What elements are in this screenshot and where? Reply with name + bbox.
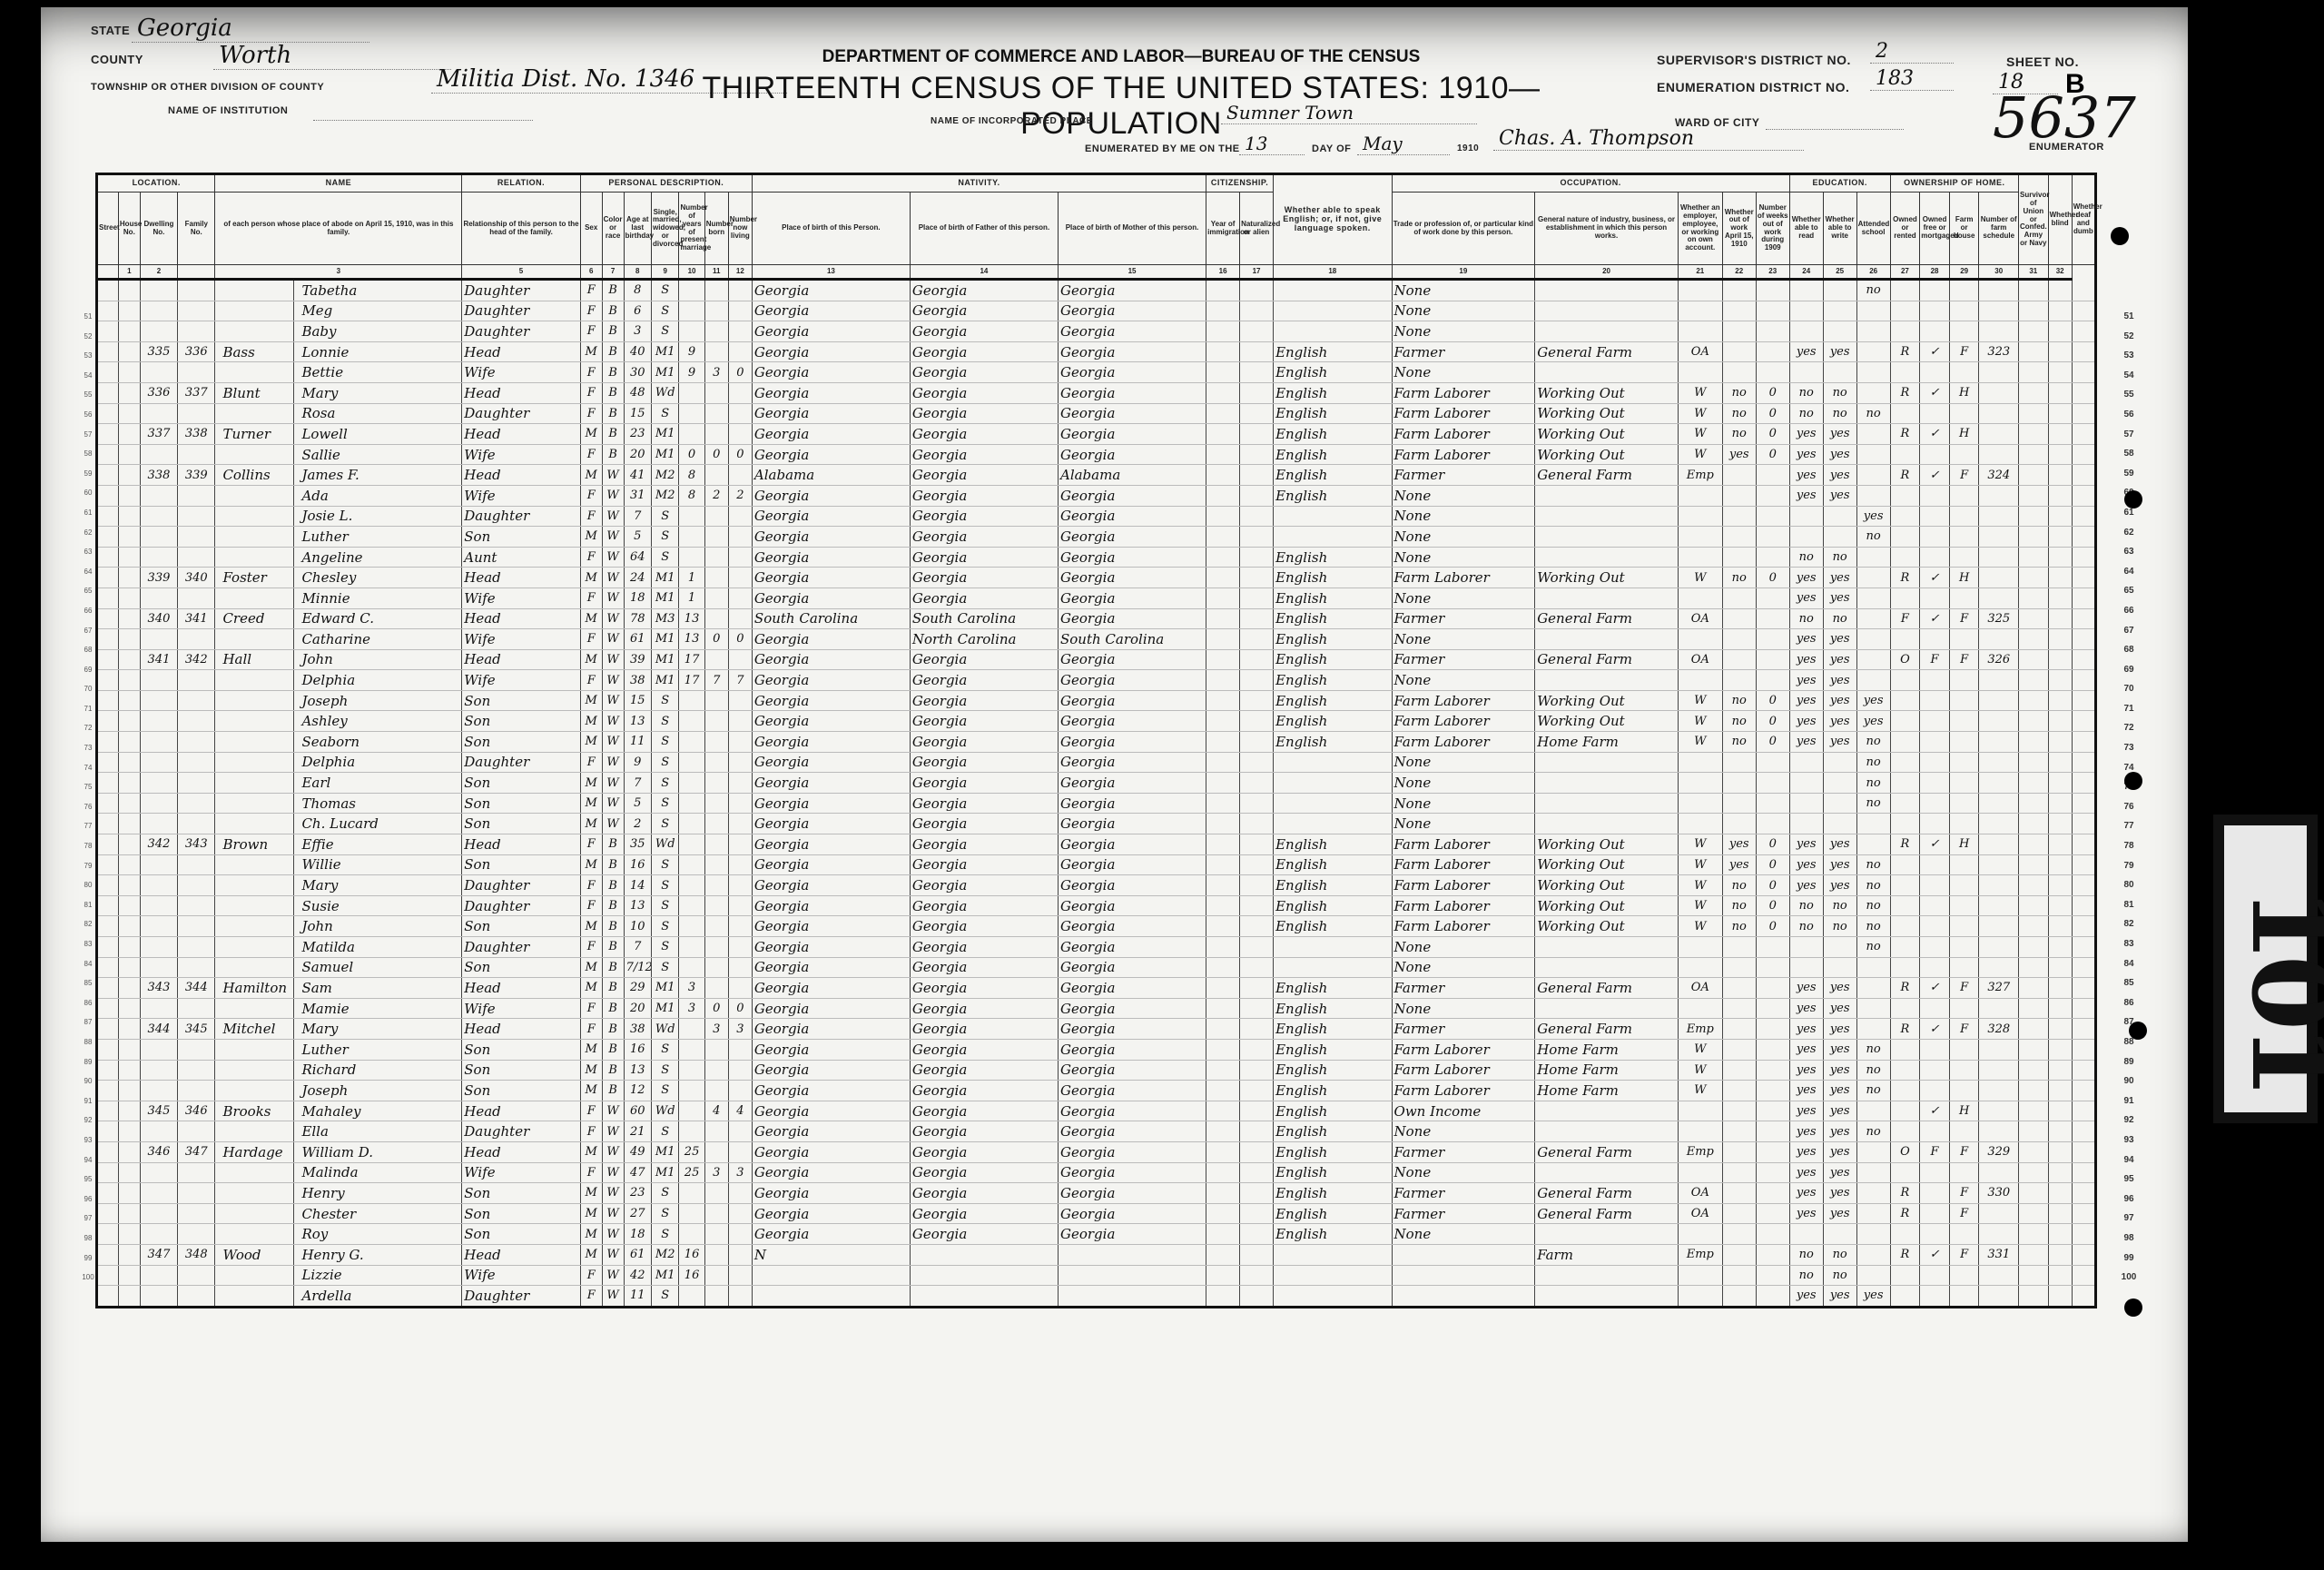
cell-school [1856,341,1890,362]
cell-age: 61 [624,629,651,650]
line-number: 71 [2115,699,2142,719]
cell-cls: W [1678,875,1722,896]
cell-pob_m: Georgia [1058,608,1206,629]
cell-read [1789,506,1823,527]
cell-natur [1240,978,1274,999]
cell-school [1856,834,1890,855]
cell-wks [1756,485,1789,506]
cell-oow: yes [1722,854,1756,875]
cell-relation: Head [462,834,580,855]
cell-pob: Georgia [752,752,910,773]
cell-industry: General Farm [1535,1203,1679,1224]
cell-own [1890,793,1920,814]
line-number: 89 [2115,1052,2142,1072]
line-number: 59 [2115,464,2142,484]
cell-read: no [1789,547,1823,568]
cell-dwelling [140,875,177,896]
cell-vet [2018,1060,2048,1081]
line-number: 65 [2115,581,2142,601]
cell-oow [1722,588,1756,608]
cell-age: 64 [624,547,651,568]
cell-living: 3 [728,1019,752,1040]
cell-living [728,1286,752,1308]
cell-race: B [602,280,624,301]
cell-trade: None [1392,588,1535,608]
cell-age: 16 [624,1039,651,1060]
cell-immig [1206,773,1240,794]
cell-wks: 0 [1756,444,1789,465]
table-row: 337338TurnerLowellHeadMB23M1GeorgiaGeorg… [97,424,2096,445]
cell-farm [1949,527,1979,548]
cell-free: ✓ [1920,1019,1950,1040]
cell-race: W [602,711,624,732]
cell-marital: M2 [652,1244,679,1265]
cell-cls [1678,1286,1722,1308]
cell-lang: English [1274,998,1392,1019]
cell-age: 7 [624,937,651,958]
cell-oow [1722,814,1756,834]
cell-sched [1979,588,2019,608]
cell-free [1920,793,1950,814]
state-label: STATE [91,24,130,37]
cell-write: yes [1823,649,1856,670]
cell-oow [1722,670,1756,691]
cell-family [178,588,215,608]
cell-immig [1206,1224,1240,1245]
table-row: BettieWifeFB30M1930GeorgiaGeorgiaGeorgia… [97,362,2096,383]
cell-pob: Georgia [752,506,910,527]
cell-cls: W [1678,854,1722,875]
line-number: 72 [2115,718,2142,738]
line-number: 94 [2115,1150,2142,1170]
cell-own [1890,301,1920,321]
cell-race: B [602,937,624,958]
cell-pob_m: Georgia [1058,1101,1206,1121]
cell-lang: English [1274,1039,1392,1060]
cell-own [1890,895,1920,916]
cell-race: B [602,895,624,916]
cell-write [1823,321,1856,342]
cell-street [97,752,119,773]
cell-natur [1240,1183,1274,1204]
line-number: 80 [80,875,96,895]
cell-lang: English [1274,588,1392,608]
cell-sex: M [580,1203,602,1224]
cell-vet [2018,895,2048,916]
cell-own: R [1890,978,1920,999]
cell-oow: no [1722,403,1756,424]
cell-street [97,280,119,301]
cell-age: 6 [624,301,651,321]
cell-race: B [602,403,624,424]
cell-relation: Son [462,1203,580,1224]
table-row: Josie L.DaughterFW7SGeorgiaGeorgiaGeorgi… [97,506,2096,527]
cell-deaf [2072,321,2095,342]
line-number: 98 [80,1229,96,1249]
cell-age: 7/12 [624,957,651,978]
cell-pob: Georgia [752,444,910,465]
cell-own [1890,854,1920,875]
col-pob-father: Place of birth of Father of this person. [910,193,1058,265]
cell-house [118,690,140,711]
cell-sex: F [580,937,602,958]
cell-lang: English [1274,1183,1392,1204]
cell-born: 2 [704,485,728,506]
cell-born: 3 [704,1162,728,1183]
cell-own [1890,690,1920,711]
cell-blind [2048,834,2072,855]
col-free: Owned free or mortgaged [1920,193,1950,265]
cell-free [1920,547,1950,568]
cell-yrs [679,506,704,527]
cell-family: 348 [178,1244,215,1265]
cell-deaf [2072,895,2095,916]
cell-marital: S [652,321,679,342]
cell-sex: M [580,690,602,711]
col-veteran: Survivor of Union or Confed. Army or Nav… [2018,174,2048,265]
cell-pob_f: Georgia [910,690,1058,711]
cell-school [1856,1141,1890,1162]
cell-industry [1535,588,1679,608]
cell-read: yes [1789,588,1823,608]
cell-blind [2048,711,2072,732]
cell-cls [1678,793,1722,814]
table-row: JohnSonMB10SGeorgiaGeorgiaGeorgiaEnglish… [97,916,2096,937]
cell-given: Meg [294,301,462,321]
cell-dwelling: 336 [140,382,177,403]
cell-read: yes [1789,875,1823,896]
table-row: EarlSonMW7SGeorgiaGeorgiaGeorgiaNoneno [97,773,2096,794]
line-number: 58 [80,444,96,464]
cell-industry: General Farm [1535,341,1679,362]
cell-free [1920,875,1950,896]
cell-own: O [1890,1141,1920,1162]
cell-marital: M3 [652,608,679,629]
cell-dwelling [140,1286,177,1308]
cell-given: Luther [294,1039,462,1060]
cell-house [118,1081,140,1101]
cell-wks [1756,301,1789,321]
cell-family: 340 [178,568,215,588]
cell-pob: Georgia [752,834,910,855]
cell-pob_f: South Carolina [910,608,1058,629]
cell-relation: Head [462,1019,580,1040]
cell-write: yes [1823,424,1856,445]
line-number: 70 [80,679,96,699]
cell-surname: Collins [215,465,294,486]
cell-family [178,732,215,753]
cell-immig [1206,1019,1240,1040]
cell-own [1890,403,1920,424]
cell-family: 336 [178,341,215,362]
cell-immig [1206,485,1240,506]
cell-industry: General Farm [1535,1141,1679,1162]
cell-yrs [679,834,704,855]
cell-school [1856,978,1890,999]
table-row: 335336BassLonnieHeadMB40M19GeorgiaGeorgi… [97,341,2096,362]
cell-oow [1722,1141,1756,1162]
cell-house [118,1162,140,1183]
cell-street [97,1019,119,1040]
cell-dwelling [140,670,177,691]
cell-wks [1756,465,1789,486]
cell-wks [1756,957,1789,978]
cell-own [1890,752,1920,773]
cell-pob_f: Georgia [910,978,1058,999]
cell-sched [1979,280,2019,301]
cell-street [97,1101,119,1121]
cell-surname: Creed [215,608,294,629]
cell-blind [2048,465,2072,486]
cell-school [1856,1224,1890,1245]
cell-write [1823,814,1856,834]
cell-street [97,834,119,855]
cell-free: ✓ [1920,424,1950,445]
cell-deaf [2072,1060,2095,1081]
cell-write: yes [1823,1121,1856,1142]
line-number: 80 [2115,875,2142,895]
cell-free [1920,1224,1950,1245]
cell-oow [1722,1081,1756,1101]
cell-blind [2048,1121,2072,1142]
cell-read: yes [1789,465,1823,486]
cell-own [1890,1081,1920,1101]
cell-free: ✓ [1920,465,1950,486]
cell-street [97,1224,119,1245]
cell-oow [1722,341,1756,362]
cell-free [1920,362,1950,383]
cell-trade: Farm Laborer [1392,444,1535,465]
cell-relation: Daughter [462,301,580,321]
cell-wks: 0 [1756,711,1789,732]
cell-wks [1756,1203,1789,1224]
cell-sex: M [580,773,602,794]
col-relation: Relationship of this person to the head … [462,193,580,265]
cell-given: Chester [294,1203,462,1224]
cell-oow: no [1722,382,1756,403]
cell-living [728,341,752,362]
cell-given: Minnie [294,588,462,608]
table-row: 343344HamiltonSamHeadMB29M13GeorgiaGeorg… [97,978,2096,999]
cell-farm [1949,732,1979,753]
cell-house [118,875,140,896]
cell-immig [1206,588,1240,608]
cell-race: W [602,649,624,670]
cell-own: O [1890,649,1920,670]
cell-race: W [602,1183,624,1204]
cell-own [1890,1162,1920,1183]
cell-yrs [679,937,704,958]
cell-relation: Head [462,978,580,999]
cell-yrs: 9 [679,362,704,383]
cell-surname: Wood [215,1244,294,1265]
cell-own [1890,957,1920,978]
cell-dwelling [140,301,177,321]
cell-wks [1756,1019,1789,1040]
cell-sched [1979,1101,2019,1121]
cell-family [178,854,215,875]
cell-yrs: 3 [679,978,704,999]
cell-street [97,1244,119,1265]
cell-deaf [2072,382,2095,403]
cell-oow [1722,937,1756,958]
cell-street [97,670,119,691]
incorporated-value: Sumner Town [1221,102,1477,124]
cell-school: no [1856,773,1890,794]
cell-natur [1240,916,1274,937]
col-read: Whether able to read [1789,193,1823,265]
cell-pob: Georgia [752,362,910,383]
cell-sched [1979,547,2019,568]
cell-lang: English [1274,629,1392,650]
column-number: 20 [1535,265,1679,280]
table-row: SamuelSonMB7/12SGeorgiaGeorgiaGeorgiaNon… [97,957,2096,978]
cell-read: yes [1789,1183,1823,1204]
cell-sched [1979,875,2019,896]
cell-deaf [2072,1141,2095,1162]
cell-sched [1979,957,2019,978]
cell-house [118,1121,140,1142]
cell-wks [1756,1039,1789,1060]
cell-dwelling [140,732,177,753]
cell-vet [2018,403,2048,424]
line-number: 56 [80,405,96,425]
cell-deaf [2072,916,2095,937]
cell-trade [1392,1244,1535,1265]
cell-immig [1206,834,1240,855]
cell-marital: S [652,814,679,834]
cell-industry [1535,321,1679,342]
cell-oow: no [1722,424,1756,445]
cell-pob_f: Georgia [910,937,1058,958]
cell-pob_f [910,1265,1058,1286]
cell-sex: M [580,608,602,629]
cell-given: Sam [294,978,462,999]
cell-write: yes [1823,854,1856,875]
cell-relation: Daughter [462,937,580,958]
cell-race: W [602,608,624,629]
cell-pob: Georgia [752,588,910,608]
cell-pob_m: Georgia [1058,978,1206,999]
cell-own [1890,937,1920,958]
cell-dwelling [140,1081,177,1101]
cell-lang [1274,814,1392,834]
cell-own [1890,1101,1920,1121]
line-number: 86 [80,993,96,1013]
cell-industry [1535,362,1679,383]
cell-read [1789,321,1823,342]
cell-street [97,568,119,588]
cell-deaf [2072,1101,2095,1121]
cell-pob: Georgia [752,732,910,753]
table-row: MamieWifeFB20M1300GeorgiaGeorgiaGeorgiaE… [97,998,2096,1019]
cell-industry [1535,1121,1679,1142]
cell-dwelling [140,916,177,937]
cell-free [1920,690,1950,711]
cell-industry: Home Farm [1535,1060,1679,1081]
cell-sex: M [580,854,602,875]
cell-industry: Working Out [1535,875,1679,896]
cell-street [97,957,119,978]
cell-relation: Wife [462,362,580,383]
cell-dwelling: 338 [140,465,177,486]
cell-cls [1678,1265,1722,1286]
cell-school [1856,1019,1890,1040]
cell-sex: M [580,978,602,999]
column-number: 16 [1206,265,1240,280]
cell-oow [1722,793,1756,814]
cell-own [1890,1039,1920,1060]
cell-read [1789,937,1823,958]
line-number: 92 [80,1111,96,1131]
cell-sched [1979,937,2019,958]
cell-relation: Head [462,465,580,486]
cell-wks [1756,547,1789,568]
cell-read: yes [1789,1101,1823,1121]
cell-house [118,1019,140,1040]
cell-lang: English [1274,1081,1392,1101]
cell-pob: Georgia [752,957,910,978]
cell-sched: 323 [1979,341,2019,362]
cell-given: Angeline [294,547,462,568]
cell-immig [1206,1203,1240,1224]
cell-lang [1274,1265,1392,1286]
cell-marital: M2 [652,485,679,506]
cell-age: 29 [624,978,651,999]
cell-school: no [1856,875,1890,896]
cell-deaf [2072,588,2095,608]
cell-given: Susie [294,895,462,916]
cell-given: Willie [294,854,462,875]
table-row: RoySonMW18SGeorgiaGeorgiaGeorgiaEnglishN… [97,1224,2096,1245]
cell-wks [1756,280,1789,301]
line-number: 89 [80,1052,96,1072]
column-number: 18 [1274,265,1392,280]
cell-living [728,793,752,814]
cell-free [1920,998,1950,1019]
cell-deaf [2072,444,2095,465]
cell-natur [1240,424,1274,445]
cell-wks [1756,1183,1789,1204]
cell-race: W [602,588,624,608]
cell-natur [1240,773,1274,794]
cell-marital: M1 [652,424,679,445]
cell-marital: S [652,1039,679,1060]
cell-industry [1535,506,1679,527]
cell-pob_f: Georgia [910,998,1058,1019]
cell-industry: Working Out [1535,424,1679,445]
cell-born [704,895,728,916]
col-industry: General nature of industry, business, or… [1535,193,1679,265]
cell-race: B [602,301,624,321]
cell-industry [1535,280,1679,301]
cell-yrs [679,1224,704,1245]
cell-pob_m: Georgia [1058,854,1206,875]
cell-living [728,711,752,732]
cell-living [728,814,752,834]
cell-vet [2018,341,2048,362]
cell-wks [1756,1141,1789,1162]
cell-yrs [679,957,704,978]
cell-trade: None [1392,998,1535,1019]
cell-surname [215,280,294,301]
cell-blind [2048,444,2072,465]
cell-deaf [2072,690,2095,711]
line-number: 51 [2115,307,2142,327]
cell-dwelling: 341 [140,649,177,670]
cell-vet [2018,998,2048,1019]
cell-industry [1535,1101,1679,1121]
